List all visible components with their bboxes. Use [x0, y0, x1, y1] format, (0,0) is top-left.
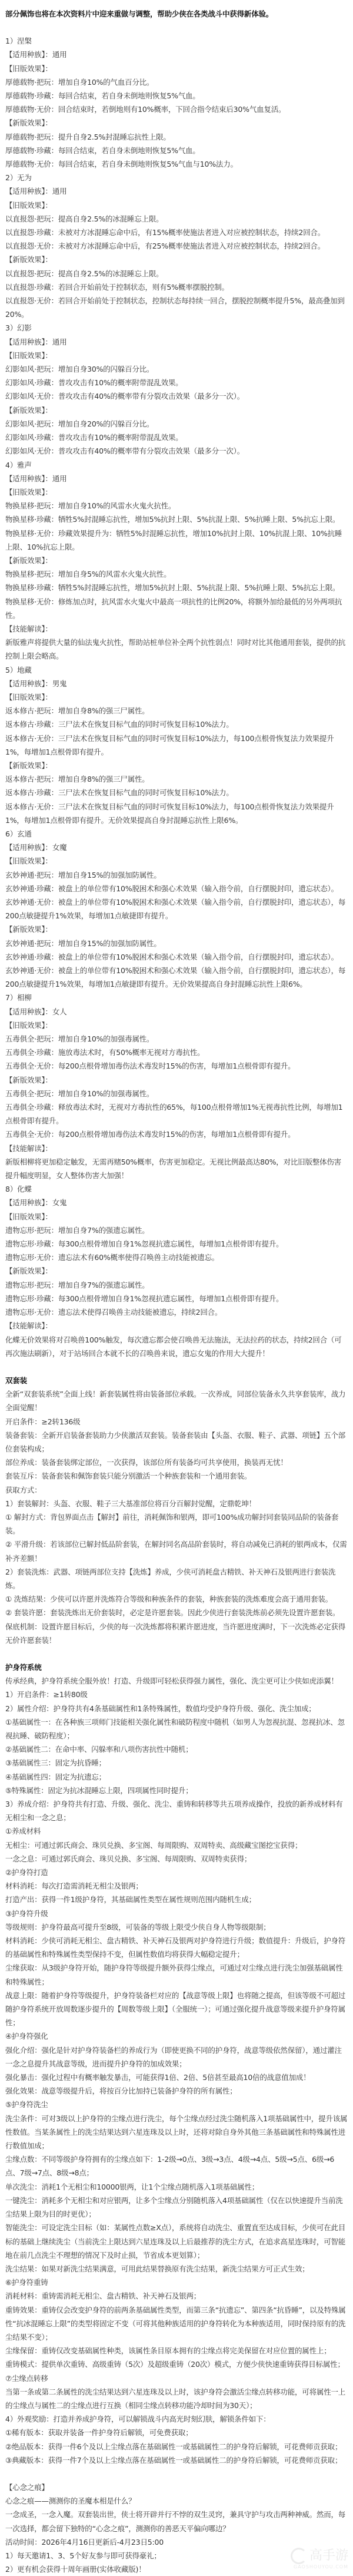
new-effect-label: 【新版效果】：	[5, 116, 348, 130]
dual-set-line: 1）套装解封：头盔、衣服、鞋子三大基准部位将百分百解封觉醒，定鼎乾坤！	[5, 1497, 348, 1510]
new-effect-label: 【新版效果】：	[5, 253, 348, 266]
watermark: 高手游 GAOSHOUYOU.COM	[278, 2548, 348, 2571]
amulet-line: ②绝品版本：获得一件6个及以上尘缘点落在基础属性一或基础属性二的护身符后解锁，可…	[5, 2440, 348, 2453]
ornament-item: 1）涅槃【适用种族】：通用【旧版效果】：厚德载物·把玩：增加自身10%的气血百分…	[5, 34, 348, 171]
old-effect-line: 物换星移·无价：珍藏效果提升为：牺牲5%封混睡忘抗性，增加10%抗封上限、10%…	[5, 527, 348, 554]
skill-note-label: 【技能解读】：	[5, 622, 348, 636]
amulet-line: 打造产出：获得一件1级护身符，其基础属性类型在属性规则范围内随机生成；	[5, 1893, 348, 1906]
amulet-line: ⑥护身符重铸	[5, 2276, 348, 2289]
new-effect-line: 物换星移·珍藏：牺牲5%封混睡忘抗性，增加5%抗封上限、5%抗混上限、5%抗睡上…	[5, 581, 348, 594]
amulet-line: ③典藏版本：获得一件7个及以上尘缘点落在基础属性一或基础属性二的护身符后解锁，可…	[5, 2453, 348, 2467]
ornament-item: 7）相柳【适用种族】：女人【旧版效果】：五毒俱全·把玩：增加自身10%的加强毒属…	[5, 991, 348, 1182]
dual-set-content: 全新“双套装系统”全面上线！新套装属性将由装备部位承载。一次养成，同部位装备永久…	[5, 1387, 348, 1647]
new-effect-label: 【新版效果】：	[5, 404, 348, 417]
skill-note-text: 化蝶无价效果将对召唤兽100%触发，每次遗忘都会使召唤兽无法施法，无法拉药的状态…	[5, 1333, 348, 1360]
amulet-line: 重铸效果：重铸仅会改变护身符的前两条基础属性类型，而第三条“抗遗忘”、第四条“抗…	[5, 2303, 348, 2344]
old-effect-line: 幻影如风·珍藏：普攻攻击有10%的概率附带混乱效果。	[5, 376, 348, 389]
new-effect-line: 遗物忘形·无价：遗忘法术使得召唤兽主动技能被遗忘，持续2回合。	[5, 1305, 348, 1319]
amulet-content: 传承经典，护身符系统全服外放！打造、升级即可轻松获得强力属性，强化、洗尘更可让少…	[5, 1674, 348, 2467]
new-effect-line: 幻影如风·把玩：增加自身20%的闪躲百分比。	[5, 417, 348, 431]
old-effect-line: 五毒俱全·把玩：增加自身10%的加强毒属性。	[5, 1032, 348, 1046]
ornament-title: 4）雅声	[5, 458, 348, 472]
amulet-line: ②基础属性二：在命中率、闪躲率和八项伤害抗性中随机；	[5, 1742, 348, 1756]
amulet-line: ①养成材料	[5, 1824, 348, 1838]
amulet-line: 1）开启条件：≥1转80级	[5, 1688, 348, 1701]
amulet-line: 强化介绍：强化是针对护身符装备栏的养成行为（即使更换不同的护身符，战意等级依然保…	[5, 2043, 348, 2071]
intro-heading: 部分佩饰也将在本次资料片中迎来重做与调整，帮助少侠在各类战斗中获得新体验。	[5, 7, 348, 21]
amulet-line: 尘缘保留：重铸仅改变基础属性种类，该属性条目原本拥有的尘缘点将完美保留在对应位置…	[5, 2344, 348, 2357]
ornament-race: 【适用种族】：男鬼	[5, 677, 348, 690]
old-effect-line: 厚德载物·把玩：增加自身10%的气血百分比。	[5, 75, 348, 89]
old-effect-line: 返本修古·无价：三尸法术在恢复目标气血的同时可恢复目标10%法力，每100点根骨…	[5, 732, 348, 759]
new-effect-line: 厚德载物·把玩：提升自身2.5%封混睡忘抗性上限。	[5, 130, 348, 144]
dual-set-line: 2）套装洗炼：武器、项链两部位支持【洗炼】养成，少侠可消耗盘古精铁、补天神石及银…	[5, 1565, 348, 1592]
amulet-line: ④基础属性四：固定为抗遗忘；	[5, 1770, 348, 1784]
amulet-line: ②护身符打造	[5, 1866, 348, 1879]
new-effect-line: 玄妙神通·无价：被盘上的单位带有10%脱困术和强心术效果（输入指令前，自行摆脱封…	[5, 964, 348, 991]
ornament-list: 1）涅槃【适用种族】：通用【旧版效果】：厚德载物·把玩：增加自身10%的气血百分…	[5, 34, 348, 1360]
skill-note-text: 新版雅声将提供大量的仙法鬼火抗性，帮助站桩单位补全两个抗性弱点！同时对比其他通用…	[5, 636, 348, 663]
ornament-item: 2）无为【适用种族】：通用【旧版效果】：以直报怨·把玩：提高自身2.5%的冰混睡…	[5, 171, 348, 321]
skill-note-text: 新版相柳将更加稳定触发，无需再赌50%概率，伤害更加稳定。无视比例最高达80%，…	[5, 1155, 348, 1182]
amulet-line: 洗尘结果：如果对新洗尘结果满意，可用此结果替换原有洗尘结果，新洗尘结果方可正式生…	[5, 2262, 348, 2276]
ornament-title: 8）化蝶	[5, 1182, 348, 1196]
old-effect-line: 五毒俱全·无价：每200点根骨增加毒伤法术毒发时15%的伤害，每增加1点根骨即有…	[5, 1059, 348, 1073]
new-effect-line: 返本修古·珍藏：三尸法术在恢复目标气血的同时可恢复目标10%法力。	[5, 786, 348, 799]
amulet-line: 一键洗尘：消耗多个无相尘和对应银两，让多个尘缘点分别随机落入4项基础属性（仅在以…	[5, 2194, 348, 2221]
new-effect-line: 以直报怨·珍藏：若回合开始前处于控制状态，则有5%概率摆脱控制。	[5, 280, 348, 294]
dual-set-line: 保底机制：设置许愿目标后，少侠的每一次洗炼都将积累许愿进度，当许愿进度满时，下一…	[5, 1620, 348, 1647]
new-effect-line: 厚德载物·珍藏：每回合结束，若自身未倒地则恢复5%气血。	[5, 144, 348, 157]
ornament-race: 【适用种族】：女人	[5, 1005, 348, 1019]
amulet-line: 强化暴击：强化过程中有概率触发暴击，可能获得1倍、2倍、5倍甚至最高10倍的战意…	[5, 2071, 348, 2084]
dual-set-line: ① 洗炼结果：少侠可以许愿并洗炼符合等级和种族条件的套装，种族套装的洗炼难度会高…	[5, 1592, 348, 1606]
old-effect-label: 【旧版效果】：	[5, 690, 348, 704]
new-effect-line: 幻影如风·无价：普攻攻击有40%的概率带有分裂攻击效果（最多分一次）。	[5, 444, 348, 458]
section-title-amulet: 护身符系统	[5, 1661, 348, 1674]
new-effect-label: 【新版效果】：	[5, 759, 348, 772]
old-effect-line: 遗物忘形·无价：遗忘法术有60%概率使得召唤兽主动技能被遗忘。	[5, 1251, 348, 1264]
dual-set-line: 装备套装：全新开启装备套装助力少侠激活双套装。装备套装由【头盔、衣服、鞋子、武器…	[5, 1428, 348, 1456]
amulet-line: 3）养成介绍：护身符共有打造、升级、强化、洗尘、重铸和转移等共五项养成操作，投放…	[5, 1797, 348, 1824]
amulet-line: 洗尘条件：可对3级以上护身符的尘缘点进行洗尘，每个尘缘点经过洗尘随机落入1项基础…	[5, 2112, 348, 2153]
amulet-line: 单次洗尘：消耗1个无相尘和10000银两，让1个尘缘点随机落入1项基础属性；	[5, 2180, 348, 2194]
amulet-line: ⑤特殊属性：固定为抗冰混睡忘上限，四项属性同时提升；	[5, 1784, 348, 1797]
dual-set-line: ② 套装许愿：套装洗炼出无价套装时，必定是许愿套装。因此少侠进行套装洗炼前必须先…	[5, 1606, 348, 1619]
new-effect-label: 【新版效果】：	[5, 554, 348, 567]
new-effect-line: 厚德载物·无价：每回合结束，若自身未倒地则恢复5%气血与10%法力。	[5, 157, 348, 171]
old-effect-line: 物换星移·珍藏：牺牲5%封混睡忘抗性，增加5%抗封上限、5%抗混上限、5%抗睡上…	[5, 512, 348, 526]
amulet-line: 战意上限：随着护身符等级提升，护身符装备栏对应的【战意等级上限】也将随之提高，但…	[5, 1989, 348, 2030]
old-effect-line: 玄妙神通·珍藏：被盘上的单位带有10%脱困术和强心术效果（输入指令前，自行摆脱封…	[5, 882, 348, 895]
event-line: 心念之痕——测测你的圣魔本相是什么？	[5, 2494, 348, 2508]
old-effect-line: 以直报怨·把玩：提高自身2.5%的冰混睡忘上限。	[5, 212, 348, 226]
skill-note-label: 【技能解读】：	[5, 1319, 348, 1332]
amulet-line: 强化效果：战意等级提升后，将按百分比加持已装备护身符的所有属性；	[5, 2084, 348, 2098]
section-title-dual-set: 双套装	[5, 1374, 348, 1387]
amulet-line: ③护身符升级	[5, 1907, 348, 1920]
old-effect-line: 以直报怨·珍藏：未被对方冰混睡忘命中后，有15%概率使施法者进入对应被控制状态，…	[5, 226, 348, 239]
amulet-line: 一念之息：可通过郭氏商会、珠贝兑换、多宝阁、每周限购、双周特卖获得；	[5, 1852, 348, 1866]
ornament-race: 【适用种族】：女魔	[5, 841, 348, 854]
new-effect-line: 物换星移·无价：修炼加点时，抗风雷水火鬼火中最高一项抗性的比例20%，将额外加给…	[5, 595, 348, 622]
ornament-title: 7）相柳	[5, 991, 348, 1004]
old-effect-label: 【旧版效果】：	[5, 199, 348, 212]
old-effect-label: 【旧版效果】：	[5, 62, 348, 75]
ornament-item: 4）雅声【适用种族】：通用【旧版效果】：物换星移·把玩：增加自身10%的风雷水火…	[5, 458, 348, 663]
old-effect-line: 物换星移·把玩：增加自身10%的风雷水火鬼火抗性。	[5, 499, 348, 512]
old-effect-label: 【旧版效果】：	[5, 1210, 348, 1223]
old-effect-line: 遗物忘形·珍藏：每300点根骨增加自身1%忽视抗遗忘属性，每增加1点根骨即有提升…	[5, 1237, 348, 1251]
old-effect-line: 以直报怨·无价：未被对方冰混睡忘命中后，有25%概率使施法者进入对应被控制状态，…	[5, 239, 348, 253]
dual-set-line: 部位养成：装备套装绑定部位，一次获得，该部位所有装备均可共享使用，换装再无忧！	[5, 1456, 348, 1469]
amulet-line: 材料消耗：少侠可消耗无相尘、盘古精铁、补天神石及银两对护身符进行升级；数值提升：…	[5, 1934, 348, 1961]
ornament-race: 【适用种族】：通用	[5, 48, 348, 61]
watermark-url: GAOSHOUYOU.COM	[278, 2564, 348, 2570]
dual-set-line: 开启条件：≥2转136级	[5, 1415, 348, 1428]
amulet-line: 材料消耗：每次打造需消耗无相尘及银两；	[5, 1879, 348, 1893]
amulet-line: 等级规则：护身符最高可提升至8级，可装备的等级上限受少侠自身人物等级限制；	[5, 1920, 348, 1934]
new-effect-line: 物换星移·把玩：增加自身5%的风雷水火鬼火抗性。	[5, 567, 348, 581]
old-effect-label: 【旧版效果】：	[5, 485, 348, 499]
new-effect-line: 玄妙神通·珍藏：被盘上的单位带有10%脱困术和强心术效果（输入指令前，自行摆脱封…	[5, 950, 348, 964]
new-effect-line: 五毒俱全·珍藏：释放毒法术时，无视对方毒抗性的65%，每100点根骨增加1%无视…	[5, 1100, 348, 1127]
site-logo-icon	[291, 2548, 307, 2564]
ornament-race: 【适用种族】：通用	[5, 184, 348, 198]
new-effect-line: 返本修古·把玩：增加自身8%的强三尸属性。	[5, 772, 348, 786]
ornament-item: 8）化蝶【适用种族】：女鬼【旧版效果】：遗物忘形·把玩：增加自身7%的强遗忘属性…	[5, 1182, 348, 1360]
new-effect-label: 【新版效果】：	[5, 1073, 348, 1087]
amulet-line: ①稀有版本：获取并装备一件护身符后解锁，可免费获取；	[5, 2426, 348, 2439]
new-effect-line: 遗物忘形·把玩：增加自身7%的强遗忘属性。	[5, 1278, 348, 1292]
ornament-title: 6）玄通	[5, 827, 348, 841]
old-effect-line: 玄妙神通·无价：被盘上的单位带有10%脱困术和强心术效果（输入指令前，自行摆脱封…	[5, 895, 348, 922]
event-line: 一念成圣，一念入魔。双套装出世，侠士将开辟并行不悖的双生灵窍，兼具守护与攻击两种…	[5, 2508, 348, 2535]
ornament-item: 5）地藏【适用种族】：男鬼【旧版效果】：返本修古·把玩：增加自身8%的强三尸属性…	[5, 663, 348, 827]
old-effect-line: 厚德载物·珍藏：每回合结束，若自身未倒地则恢复5%气血。	[5, 89, 348, 102]
amulet-line: ⑦尘缘点转移	[5, 2372, 348, 2385]
old-effect-line: 五毒俱全·珍藏：施放毒法术时，有50%概率无视对方毒抗性。	[5, 1046, 348, 1059]
ornament-item: 3）幻影【适用种族】：通用【旧版效果】：幻影如风·把玩：增加自身30%的闪躲百分…	[5, 321, 348, 458]
old-effect-line: 幻影如风·无价：普攻攻击有40%的概率带有分裂攻击效果（最多分一次）。	[5, 389, 348, 403]
dual-set-line: 全新“双套装系统”全面上线！新套装属性将由装备部位承载。一次养成，同部位装备永久…	[5, 1387, 348, 1414]
amulet-line: ①基础属性一：在各种族三项师门技能相关强化属性和破防程度中随机（如男人为忽视抗混…	[5, 1715, 348, 1742]
new-effect-line: 遗物忘形·珍藏：每300点根骨增加自身1%忽视抗遗忘属性，每增加1点根骨即有提升…	[5, 1292, 348, 1305]
new-effect-line: 幻影如风·珍藏：普攻攻击有10%的概率附带混乱效果。	[5, 431, 348, 444]
ornament-race: 【适用种族】：女鬼	[5, 1196, 348, 1209]
amulet-line: 智能洗尘：可设定洗尘目标（如：某属性点数≥X点），系统将自动洗尘、重置直至达成目…	[5, 2221, 348, 2262]
new-effect-line: 返本修古·无价：三尸法术在恢复目标气血的同时可恢复目标10%法力，每100点根骨…	[5, 800, 348, 827]
old-effect-line: 玄妙神通·把玩：增加自身15%的加强加防属性。	[5, 868, 348, 882]
ornament-title: 3）幻影	[5, 321, 348, 335]
old-effect-line: 返本修古·把玩：增加自身8%的强三尸属性。	[5, 704, 348, 717]
amulet-line: 重铸模式：提供单次重铸、高级重铸（5次）及超级重铸（20次）模式，方便少侠快速重…	[5, 2357, 348, 2371]
new-effect-line: 五毒俱全·把玩：增加自身10%的加强毒属性。	[5, 1087, 348, 1100]
ornament-race: 【适用种族】：通用	[5, 472, 348, 485]
new-effect-line: 以直报怨·把玩：提高自身2.5%的冰混睡忘上限。	[5, 267, 348, 280]
article-body: 部分佩饰也将在本次资料片中迎来重做与调整，帮助少侠在各类战斗中获得新体验。 1）…	[0, 0, 353, 2576]
dual-set-line: 获取方式：	[5, 1483, 348, 1497]
new-effect-line: 以直报怨·无价：若回合开始前处于控制状态，控制状态每持续一回合，摆脱控制概率提升…	[5, 294, 348, 321]
old-effect-line: 幻影如风·把玩：增加自身30%的闪躲百分比。	[5, 362, 348, 376]
dual-set-line: ① 解封方式：背包界面点击【解封】前往，消耗佩饰和银两，即可100%成功解封同套…	[5, 1510, 348, 1537]
dual-set-line: 套装互斥：装备套装和佩饰套装只能分别激活一个种族套装和一个通用套装。	[5, 1469, 348, 1483]
old-effect-line: 遗物忘形·把玩：增加自身7%的强遗忘属性。	[5, 1223, 348, 1237]
ornament-title: 2）无为	[5, 171, 348, 184]
dual-set-line: ② 平滑升级：若该部位已解封低品阶套装，在解封同名高品阶套装时，将自动减免已消耗…	[5, 1537, 348, 1565]
skill-note-label: 【技能解读】：	[5, 1142, 348, 1155]
ornament-title: 5）地藏	[5, 663, 348, 677]
amulet-line: ④护身符强化	[5, 2029, 348, 2043]
ornament-item: 6）玄通【适用种族】：女魔【旧版效果】：玄妙神通·把玩：增加自身15%的加强加防…	[5, 827, 348, 991]
event-line: 活动时间：2026年4月16日更新后-4月23日5:00	[5, 2535, 348, 2549]
ornament-title: 1）涅槃	[5, 34, 348, 48]
new-effect-line: 五毒俱全·无价：每200点根骨增加毒伤法术毒发时15%的伤害，每增加1点根骨即有…	[5, 1127, 348, 1141]
event-title: 【心念之痕】	[5, 2481, 348, 2494]
amulet-line: 2）属性介绍：护身符共有4条基础属性和1条特殊属性，数值均受护身符升级、强化、洗…	[5, 1702, 348, 1715]
old-effect-line: 返本修古·珍藏：三尸法术在恢复目标气血的同时可恢复目标10%法力。	[5, 717, 348, 731]
old-effect-label: 【旧版效果】：	[5, 349, 348, 362]
amulet-line: 消耗材料：重铸需消耗无相尘、盘古精铁、补天神石及银两；	[5, 2289, 348, 2303]
amulet-line: ⑤护身符洗尘	[5, 2098, 348, 2111]
amulet-line: 尘缘点数：不同等级护身符拥有的尘缘点如下：1-2级→0点、3级→3点、4级→4点…	[5, 2152, 348, 2180]
amulet-line: 当第一条或第二条属性的洗尘结果达到六星连珠及以上时，该护身符会激活尘缘点转移功能…	[5, 2385, 348, 2412]
amulet-line: 4）外观奖励：打造并养成护身符，可以解锁战斗内高光时刻幻肤，解锁条件如下：	[5, 2412, 348, 2426]
new-effect-label: 【新版效果】：	[5, 1264, 348, 1278]
old-effect-label: 【旧版效果】：	[5, 854, 348, 868]
amulet-line: ③基础属性三：固定为抗昏睡；	[5, 1756, 348, 1770]
amulet-line: 尘缘获取：从3级护身符开始，随护身符等级提升额外获得尘缘点，可通过对尘缘点进行洗…	[5, 1961, 348, 1988]
old-effect-label: 【旧版效果】：	[5, 1019, 348, 1032]
amulet-line: 无相尘：可通过郭氏商会、珠贝兑换、多宝阁、每周限购、双周特卖、高级藏宝图挖宝获得…	[5, 1838, 348, 1852]
watermark-name: 高手游	[309, 2548, 348, 2563]
amulet-line: 传承经典，护身符系统全服外放！打造、升级即可轻松获得强力属性，强化、洗尘更可让少…	[5, 1674, 348, 1688]
new-effect-label: 【新版效果】：	[5, 922, 348, 936]
old-effect-line: 厚德载物·无价：回合结束时，若倒地则有10%概率，下回合指令结束后30%气血复活…	[5, 102, 348, 116]
new-effect-line: 玄妙神通·把玩：增加自身15%的加强加防属性。	[5, 937, 348, 950]
ornament-race: 【适用种族】：通用	[5, 335, 348, 349]
